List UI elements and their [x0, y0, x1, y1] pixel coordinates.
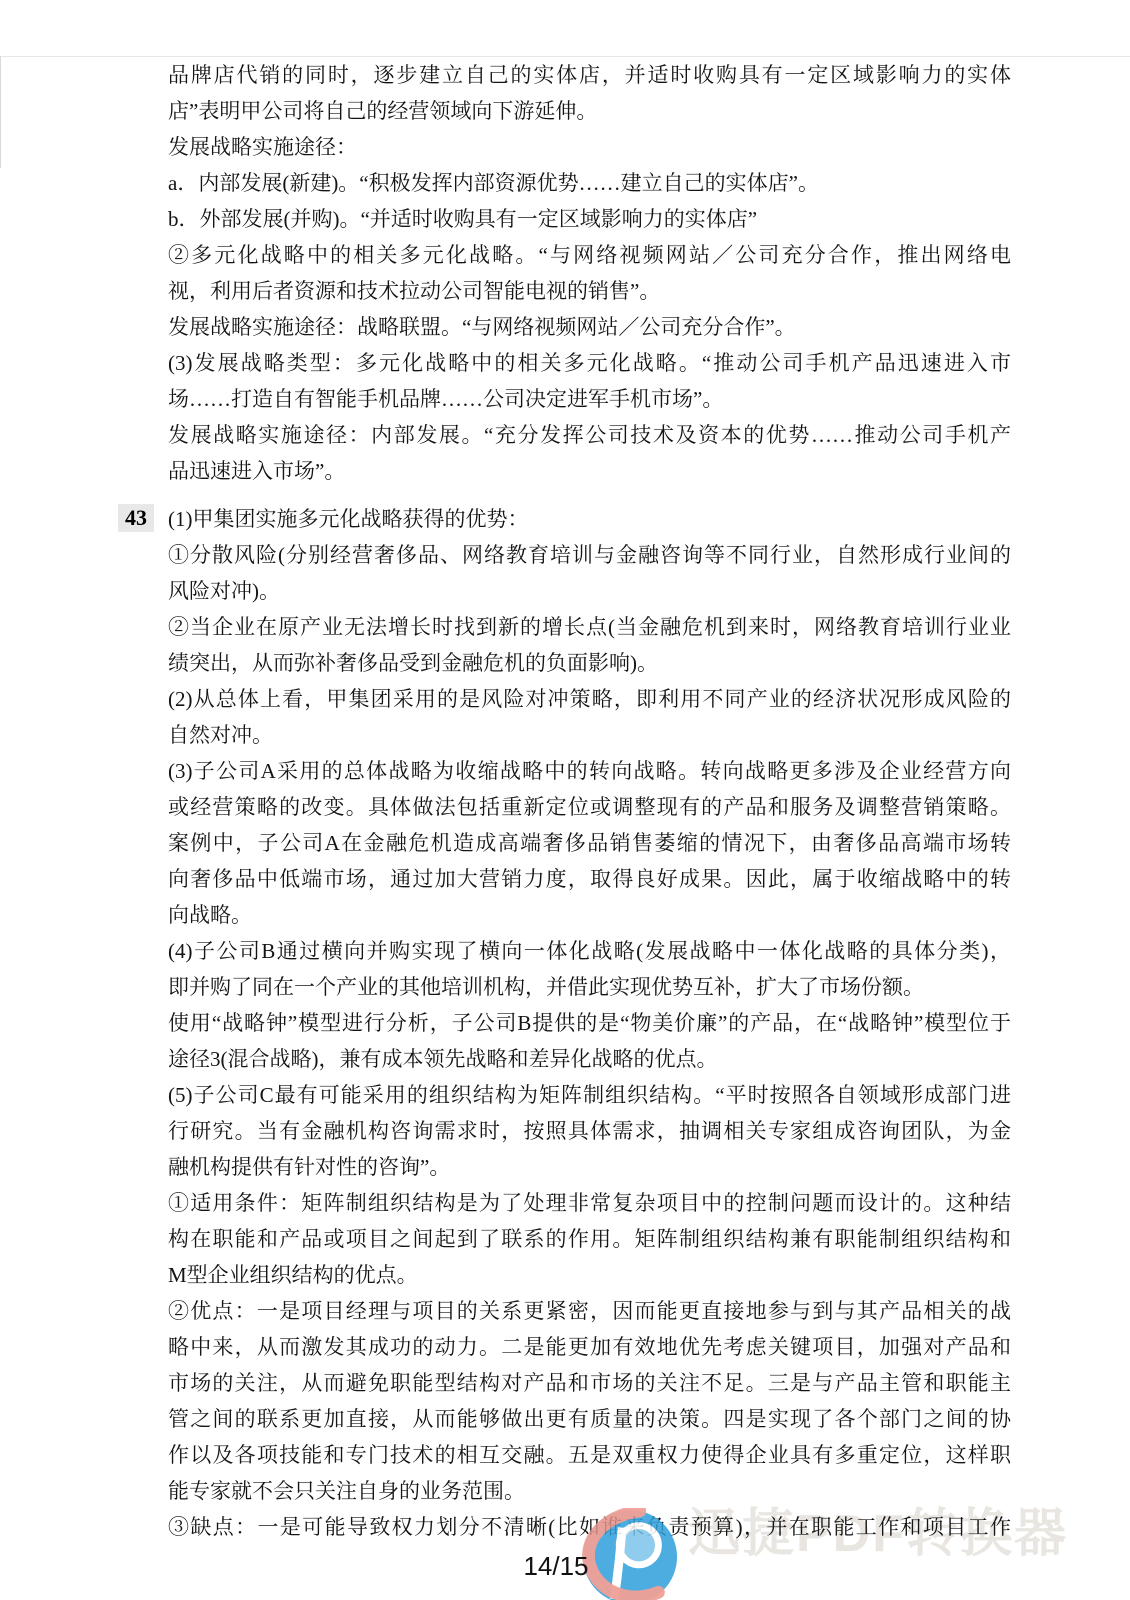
text-line: 或经营策略的改变。具体做法包括重新定位或调整现有的产品和服务及调整营销策略。	[168, 789, 1011, 825]
text-line: a．内部发展(新建)。“积极发挥内部资源优势……建立自己的实体店”。	[168, 165, 1011, 201]
text-line: 店”表明甲公司将自己的经营领域向下游延伸。	[168, 93, 1011, 129]
text-line: 市场的关注，从而避免职能型结构对产品和市场的关注不足。三是与产品主管和职能主	[168, 1365, 1011, 1401]
text-line: (1)甲集团实施多元化战略获得的优势：	[168, 501, 1011, 537]
text-line: 略中来，从而激发其成功的动力。二是能更加有效地优先考虑关键项目，加强对产品和	[168, 1329, 1011, 1365]
text-line: 途径3(混合战略)，兼有成本领先战略和差异化战略的优点。	[168, 1041, 1011, 1077]
text-line: 融机构提供有针对性的咨询”。	[168, 1149, 1011, 1185]
answer-content: 品牌店代销的同时，逐步建立自己的实体店，并适时收购具有一定区域影响力的实体店”表…	[168, 57, 1011, 1545]
text-line: 品牌店代销的同时，逐步建立自己的实体店，并适时收购具有一定区域影响力的实体	[168, 57, 1011, 93]
text-line: 案例中，子公司A在金融危机造成高端奢侈品销售萎缩的情况下，由奢侈品高端市场转	[168, 825, 1011, 861]
text-line: 视，利用后者资源和技术拉动公司智能电视的销售”。	[168, 273, 1011, 309]
page-number: 14/15	[0, 1551, 1112, 1582]
text-line: 风险对冲)。	[168, 573, 1011, 609]
text-line: 向战略。	[168, 897, 1011, 933]
text-line: 发展战略实施途径：内部发展。“充分发挥公司技术及资本的优势……推动公司手机产	[168, 417, 1011, 453]
text-line: ②优点：一是项目经理与项目的关系更紧密，因而能更直接地参与到与其产品相关的战	[168, 1293, 1011, 1329]
text-line: 行研究。当有金融机构咨询需求时，按照具体需求，抽调相关专家组成咨询团队，为金	[168, 1113, 1011, 1149]
answer-block: 43(1)甲集团实施多元化战略获得的优势：①分散风险(分别经营奢侈品、网络教育培…	[168, 501, 1011, 1545]
text-line: ①适用条件：矩阵制组织结构是为了处理非常复杂项目中的控制问题而设计的。这种结	[168, 1185, 1011, 1221]
text-line: 使用“战略钟”模型进行分析，子公司B提供的是“物美价廉”的产品，在“战略钟”模型…	[168, 1005, 1011, 1041]
text-line: 构在职能和产品或项目之间起到了联系的作用。矩阵制组织结构兼有职能制组织结构和	[168, 1221, 1011, 1257]
document-page: 迅捷PDF转换器 品牌店代销的同时，逐步建立自己的实体店，并适时收购具有一定区域…	[0, 0, 1130, 1600]
text-line: (4)子公司B通过横向并购实现了横向一体化战略(发展战略中一体化战略的具体分类)…	[168, 933, 1011, 969]
text-line: 发展战略实施途径：战略联盟。“与网络视频网站／公司充分合作”。	[168, 309, 1011, 345]
text-line: 能专家就不会只关注自身的业务范围。	[168, 1473, 1011, 1509]
page-scan-edge-left	[0, 56, 1, 168]
text-line: (3)子公司A采用的总体战略为收缩战略中的转向战略。转向战略更多涉及企业经营方向	[168, 753, 1011, 789]
answer-block: 品牌店代销的同时，逐步建立自己的实体店，并适时收购具有一定区域影响力的实体店”表…	[168, 57, 1011, 489]
text-line: 自然对冲。	[168, 717, 1011, 753]
text-line: (2)从总体上看，甲集团采用的是风险对冲策略，即利用不同产业的经济状况形成风险的	[168, 681, 1011, 717]
text-line: 发展战略实施途径：	[168, 129, 1011, 165]
text-line: 作以及各项技能和专门技术的相互交融。五是双重权力使得企业具有多重定位，这样职	[168, 1437, 1011, 1473]
text-line: ①分散风险(分别经营奢侈品、网络教育培训与金融咨询等不同行业，自然形成行业间的	[168, 537, 1011, 573]
text-line: ②多元化战略中的相关多元化战略。“与网络视频网站／公司充分合作，推出网络电	[168, 237, 1011, 273]
text-line: 即并购了同在一个产业的其他培训机构，并借此实现优势互补，扩大了市场份额。	[168, 969, 1011, 1005]
text-line: 管之间的联系更加直接，从而能够做出更有质量的决策。四是实现了各个部门之间的协	[168, 1401, 1011, 1437]
text-line: ②当企业在原产业无法增长时找到新的增长点(当金融危机到来时，网络教育培训行业业	[168, 609, 1011, 645]
text-line: 品迅速进入市场”。	[168, 453, 1011, 489]
text-line: b．外部发展(并购)。“并适时收购具有一定区域影响力的实体店”	[168, 201, 1011, 237]
text-line: 绩突出，从而弥补奢侈品受到金融危机的负面影响)。	[168, 645, 1011, 681]
text-line: (3)发展战略类型：多元化战略中的相关多元化战略。“推动公司手机产品迅速进入市	[168, 345, 1011, 381]
text-line: 场……打造自有智能手机品牌……公司决定进军手机市场”。	[168, 381, 1011, 417]
text-line: M型企业组织结构的优点。	[168, 1257, 1011, 1293]
question-number-badge: 43	[118, 504, 154, 532]
text-line: 向奢侈品中低端市场，通过加大营销力度，取得良好成果。因此，属于收缩战略中的转	[168, 861, 1011, 897]
text-line: (5)子公司C最有可能采用的组织结构为矩阵制组织结构。“平时按照各自领域形成部门…	[168, 1077, 1011, 1113]
